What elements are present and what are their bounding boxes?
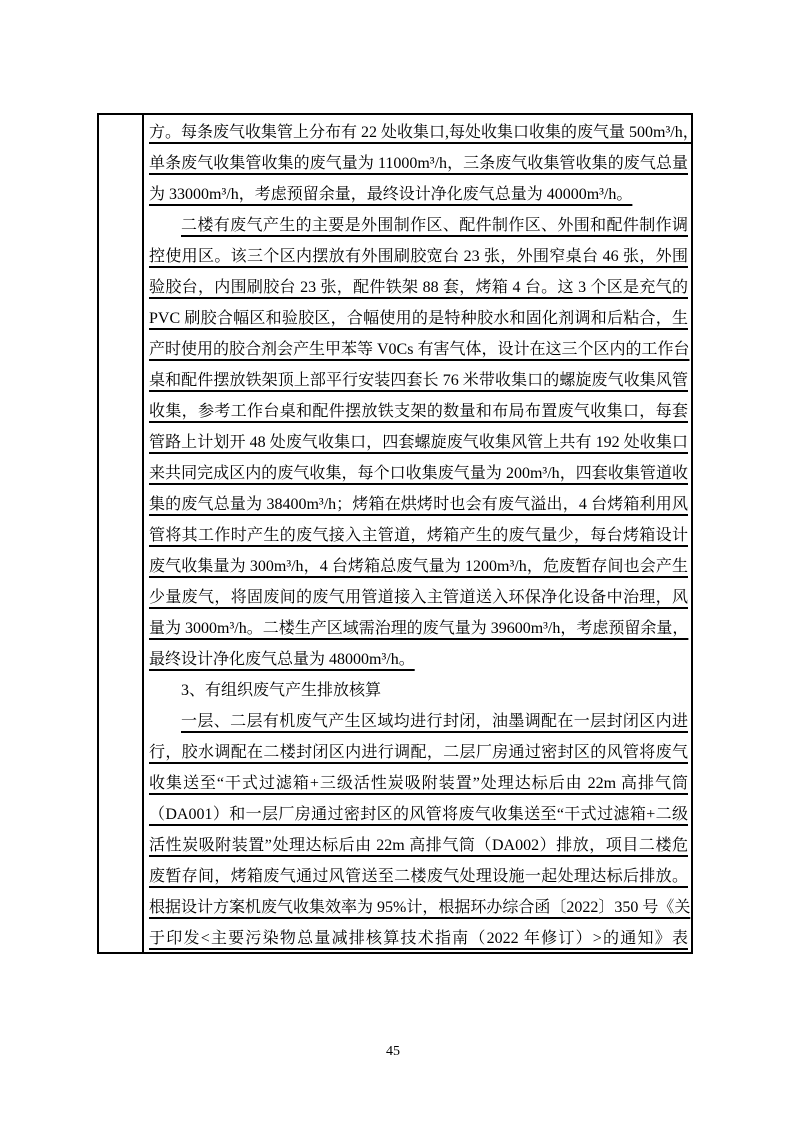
text-line: 收集，参考工作台桌和配件摆放铁支架的数量和布局布置废气收集口，每套 bbox=[149, 396, 688, 427]
text-line: 集的废气总量为 38400m³/h；烤箱在烘烤时也会有废气溢出，4 台烤箱利用风 bbox=[149, 489, 688, 520]
text-line: 产时使用的胶合剂会产生甲苯等 V0Cs 有害气体，设计在这三个区内的工作台 bbox=[149, 334, 688, 365]
text-line: 根据设计方案机废气收集效率为 95%计，根据环办综合函〔2022〕350 号《关 bbox=[149, 892, 688, 923]
text-line: 于印发<主要污染物总量减排核算技术指南（2022 年修订）>的通知》表 bbox=[149, 923, 688, 952]
text-line: 3、有组织废气产生排放核算 bbox=[149, 675, 688, 706]
text-line: 管将其工作时产生的废气接入主管道，烤箱产生的废气量少，每台烤箱设计 bbox=[149, 520, 688, 551]
text-line: PVC 刷胶合幅区和验胶区，合幅使用的是特种胶水和固化剂调和后粘合，生 bbox=[149, 303, 688, 334]
text-line: 控使用区。该三个区内摆放有外围刷胶宽台 23 张，外围窄桌台 46 张，外围 bbox=[149, 241, 688, 272]
text-line: 行，胶水调配在二楼封闭区内进行调配，二层厂房通过密封区的风管将废气 bbox=[149, 737, 688, 768]
text-line: 量为 3000m³/h。二楼生产区域需治理的废气量为 39600m³/h，考虑预… bbox=[149, 613, 688, 644]
text-line: 二楼有废气产生的主要是外围制作区、配件制作区、外围和配件制作调 bbox=[149, 210, 688, 241]
text-line: 为 33000m³/h，考虑预留余量，最终设计净化废气总量为 40000m³/h… bbox=[149, 179, 688, 210]
text-line: （DA001）和一层厂房通过密封区的风管将废气收集送至“干式过滤箱+二级 bbox=[149, 799, 688, 830]
text-line: 最终设计净化废气总量为 48000m³/h。 bbox=[149, 644, 688, 675]
text-line: 管路上计划开 48 处废气收集口，四套螺旋废气收集风管上共有 192 处收集口 bbox=[149, 427, 688, 458]
text-line: 少量废气，将固废间的废气用管道接入主管道送入环保净化设备中治理，风 bbox=[149, 582, 688, 613]
report-table: 方。每条废气收集管上分布有 22 处收集口,每处收集口收集的废气量 500m³/… bbox=[97, 113, 693, 954]
text-line: 来共同完成区内的废气收集，每个口收集废气量为 200m³/h，四套收集管道收 bbox=[149, 458, 688, 489]
table-left-empty-cell bbox=[99, 115, 144, 952]
text-line: 桌和配件摆放铁架顶上部平行安装四套长 76 米带收集口的螺旋废气收集风管 bbox=[149, 365, 688, 396]
text-line: 方。每条废气收集管上分布有 22 处收集口,每处收集口收集的废气量 500m³/… bbox=[149, 117, 688, 148]
text-line: 收集送至“干式过滤箱+三级活性炭吸附装置”处理达标后由 22m 高排气筒 bbox=[149, 768, 688, 799]
text-line: 废气收集量为 300m³/h，4 台烤箱总废气量为 1200m³/h，危废暂存间… bbox=[149, 551, 688, 582]
report-text-cell: 方。每条废气收集管上分布有 22 处收集口,每处收集口收集的废气量 500m³/… bbox=[144, 115, 691, 952]
document-page: 方。每条废气收集管上分布有 22 处收集口,每处收集口收集的废气量 500m³/… bbox=[0, 0, 793, 1122]
text-line: 一层、二层有机废气产生区域均进行封闭，油墨调配在一层封闭区内进 bbox=[149, 706, 688, 737]
text-line: 验胶台，内围刷胶台 23 张，配件铁架 88 套，烤箱 4 台。这 3 个区是充… bbox=[149, 272, 688, 303]
text-line: 废暂存间，烤箱废气通过风管送至二楼废气处理设施一起处理达标后排放。 bbox=[149, 861, 688, 892]
page-number: 45 bbox=[0, 1042, 786, 1062]
text-line: 单条废气收集管收集的废气量为 11000m³/h，三条废气收集管收集的废气总量 bbox=[149, 148, 688, 179]
text-line: 活性炭吸附装置”处理达标后由 22m 高排气筒（DA002）排放，项目二楼危 bbox=[149, 830, 688, 861]
